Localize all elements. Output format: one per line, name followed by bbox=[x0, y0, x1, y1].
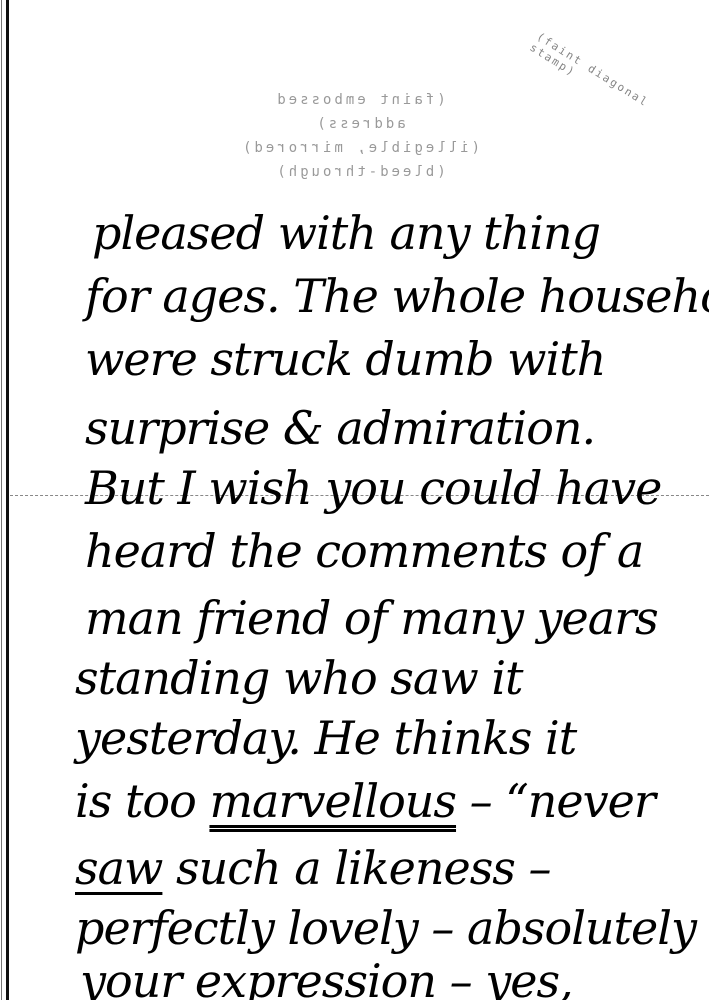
letter-text: – “never bbox=[456, 774, 655, 828]
letter-line: pleased with any thing bbox=[92, 210, 600, 256]
letter-line: for ages. The whole household bbox=[85, 273, 709, 319]
letter-line: standing who saw it bbox=[75, 655, 523, 701]
letter-line: were struck dumb with bbox=[85, 336, 605, 382]
left-page-edge bbox=[1, 0, 2, 1000]
letterhead-line: (illegible, mirrored) bbox=[230, 136, 490, 160]
letter-line: saw such a likeness – bbox=[75, 845, 551, 891]
letter-line: perfectly lovely – absolutely bbox=[75, 905, 696, 951]
letter-line: But I wish you could have bbox=[85, 465, 661, 511]
letter-text: is too bbox=[75, 774, 209, 828]
letter-line: man friend of many years bbox=[85, 595, 658, 641]
letter-text: such a likeness – bbox=[162, 841, 550, 895]
left-page-edge-dark bbox=[6, 0, 9, 1000]
letter-line: yesterday. He thinks it bbox=[75, 715, 576, 761]
letter-line: your expression – yes, bbox=[80, 958, 573, 1000]
letter-line: surprise & admiration. bbox=[85, 405, 595, 451]
letterhead-line: (faint embossed address) bbox=[230, 88, 490, 136]
letter-line: is too marvellous – “never bbox=[75, 778, 655, 824]
letter-line: heard the comments of a bbox=[85, 528, 643, 574]
emphasized-word: saw bbox=[75, 841, 162, 895]
postal-stamp: (faint diagonal stamp) bbox=[527, 30, 701, 152]
emphasized-word: marvellous bbox=[209, 774, 456, 828]
letterhead: (faint embossed address) (illegible, mir… bbox=[230, 88, 490, 184]
letterhead-line: (bleed-through) bbox=[230, 160, 490, 184]
